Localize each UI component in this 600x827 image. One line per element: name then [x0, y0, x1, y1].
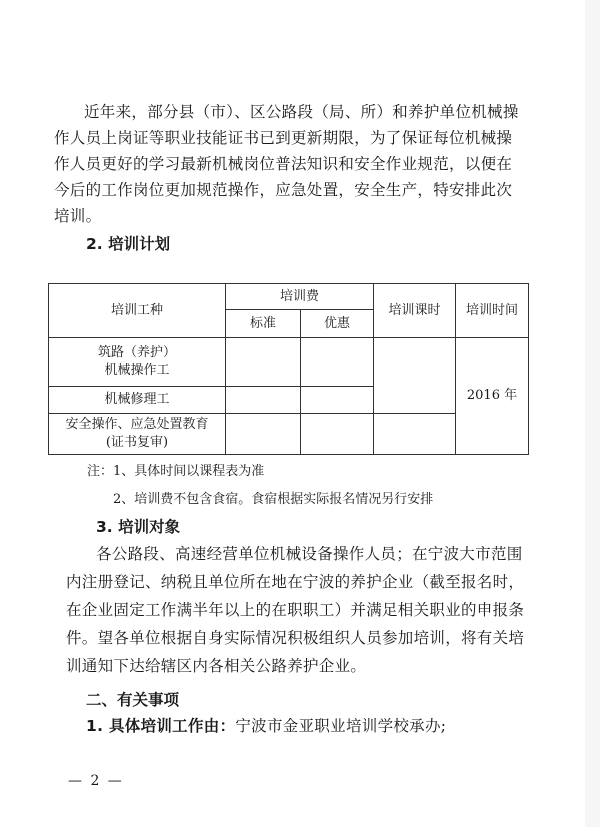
cell-training-type: 机械修理工 [49, 387, 226, 414]
table-header-row-1: 培训工种 培训费 培训课时 培训时间 [49, 284, 529, 310]
cell-hours-row-3 [374, 414, 456, 455]
cell-hours-merged [374, 338, 456, 414]
cell-fee-standard [226, 387, 301, 414]
scan-edge-band [585, 0, 600, 827]
note-2: 2、培训费不包含食宿。食宿根据实际报名情况另行安排 [113, 488, 433, 507]
page-number: — 2 — [68, 773, 124, 789]
target-line-1: 各公路段、高速经营单位机械设备操作人员；在宁波大市范围 [96, 540, 536, 568]
item-1-text: 宁波市金亚职业培训学校承办; [235, 717, 446, 735]
cell-fee-discount [301, 387, 374, 414]
header-training-fee: 培训费 [226, 284, 374, 310]
section-heading-training-plan: 2. 培训计划 [86, 232, 170, 254]
intro-line-4: 今后的工作岗位更加规范操作，应急处置，安全生产，特安排此次 [54, 176, 524, 204]
target-line-4: 件。望各单位根据自身实际情况积极组织人员参加培训，将有关培 [66, 624, 536, 652]
type-line: 安全操作、应急处置教育 [49, 416, 225, 434]
header-fee-standard: 标准 [226, 310, 301, 338]
type-line: (证书复审) [49, 434, 225, 452]
intro-line-1: 近年来，部分县（市）、区公路段（局、所）和养护单位机械操 [84, 98, 524, 126]
header-training-type: 培训工种 [49, 284, 226, 338]
note-1: 注：1、具体时间以课程表为准 [87, 460, 264, 479]
training-plan-table: 培训工种 培训费 培训课时 培训时间 标准 优惠 筑路（养护） 机械操作工 20… [48, 283, 529, 455]
cell-training-type: 筑路（养护） 机械操作工 [49, 338, 226, 387]
header-fee-discount: 优惠 [301, 310, 374, 338]
target-line-5: 训通知下达给辖区内各相关公路养护企业。 [66, 652, 536, 680]
header-training-time: 培训时间 [456, 284, 529, 338]
cell-fee-discount [301, 414, 374, 455]
table-row: 筑路（养护） 机械操作工 2016 年 [49, 338, 529, 387]
section-heading-related-matters: 二、有关事项 [86, 688, 179, 710]
intro-line-2: 作人员上岗证等职业技能证书已到更新期限，为了保证每位机械操 [54, 124, 524, 152]
type-line: 机械操作工 [49, 362, 225, 380]
cell-fee-standard [226, 414, 301, 455]
target-line-2: 内注册登记、纳税且单位所在地在宁波的养护企业（截至报名时， [66, 568, 536, 596]
cell-training-type: 安全操作、应急处置教育 (证书复审) [49, 414, 226, 455]
intro-line-5: 培训。 [54, 202, 524, 230]
type-line: 机械修理工 [49, 391, 225, 409]
section-heading-training-target: 3. 培训对象 [96, 515, 180, 537]
intro-line-3: 作人员更好的学习最新机械岗位普法知识和安全作业规范，以便在 [54, 150, 524, 178]
cell-fee-discount [301, 338, 374, 387]
target-line-3: 在企业固定工作满半年以上的在职职工）并满足相关职业的申报条 [66, 596, 536, 624]
type-line: 筑路（养护） [49, 344, 225, 362]
header-training-hours: 培训课时 [374, 284, 456, 338]
item-1-label: 1. 具体培训工作由： [86, 717, 235, 735]
cell-fee-standard [226, 338, 301, 387]
item-1: 1. 具体培训工作由：宁波市金亚职业培训学校承办; [86, 712, 546, 740]
cell-training-time: 2016 年 [456, 338, 529, 455]
